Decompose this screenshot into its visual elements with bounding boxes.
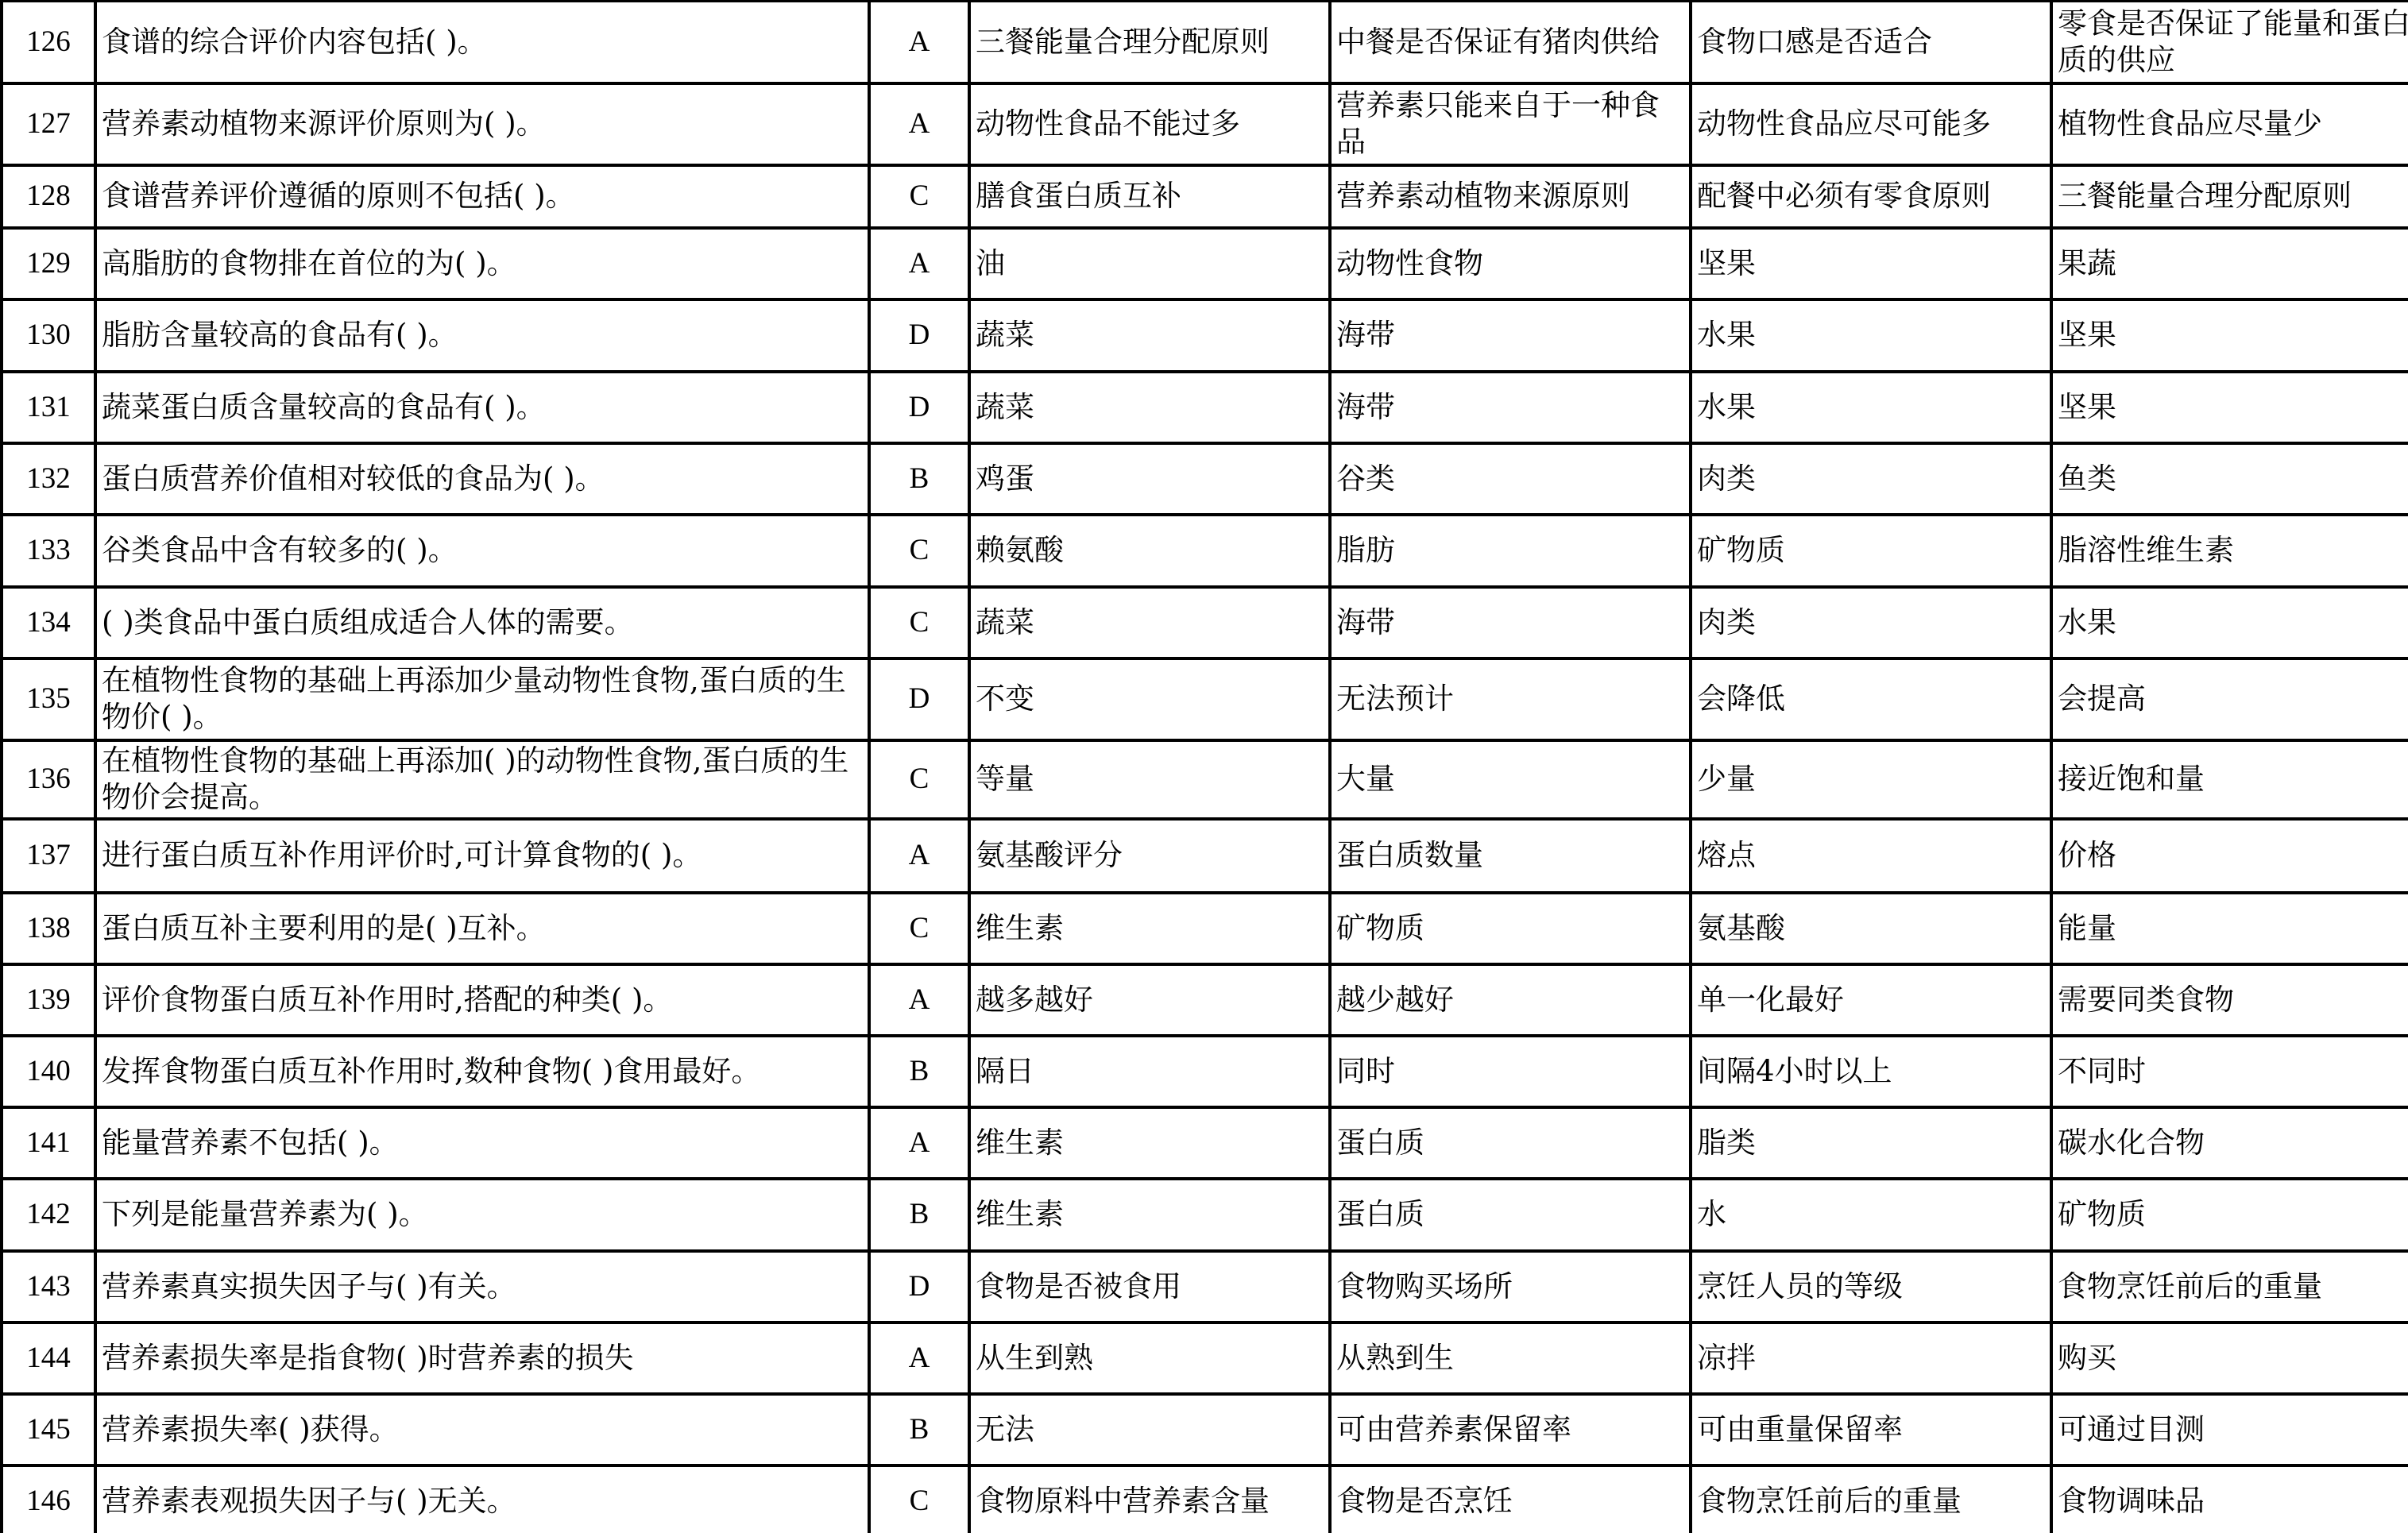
answer-letter: A xyxy=(909,1342,930,1374)
option-b-cell[interactable]: 同时 xyxy=(1330,1036,1691,1107)
option-b-text: 同时 xyxy=(1336,1054,1395,1088)
option-a-text: 鸡蛋 xyxy=(976,461,1034,496)
answer-cell[interactable]: C xyxy=(869,515,969,587)
question-number: 131 xyxy=(26,391,71,423)
option-c-text: 肉类 xyxy=(1697,461,1756,496)
option-d-text: 接近饱和量 xyxy=(2058,762,2205,796)
option-c-text: 食物烹饪前后的重量 xyxy=(1697,1484,1962,1518)
option-d-text: 植物性食品应尽量少 xyxy=(2058,106,2322,141)
table-row: 137 进行蛋白质互补作用评价时,可计算食物的( )。 A 氨基酸评分 蛋白质数… xyxy=(2,819,2408,893)
answer-letter: A xyxy=(909,839,930,871)
question-number-cell[interactable]: 145 xyxy=(2,1394,95,1465)
option-d-cell[interactable]: 食物调味品 xyxy=(2051,1465,2408,1533)
table-row: 140 发挥食物蛋白质互补作用时,数种食物( )食用最好。 B 隔日 同时 间隔… xyxy=(2,1036,2408,1107)
answer-cell[interactable]: A xyxy=(869,1323,969,1394)
option-d-cell[interactable]: 鱼类 xyxy=(2051,443,2408,515)
option-c-text: 水果 xyxy=(1697,390,1756,424)
table-row: 134 ( )类食品中蛋白质组成适合人体的需要。 C 蔬菜 海带 肉类 水果 xyxy=(2,587,2408,658)
answer-letter: A xyxy=(909,983,930,1016)
option-a-text: 食物原料中营养素含量 xyxy=(976,1484,1270,1518)
option-d-cell[interactable]: 价格 xyxy=(2051,819,2408,893)
question-text-cell[interactable]: 在植物性食物的基础上再添加少量动物性食物,蛋白质的生物价( )。 xyxy=(95,658,869,740)
option-a-cell[interactable]: 赖氨酸 xyxy=(969,515,1330,587)
question-number: 140 xyxy=(26,1055,71,1087)
table-row: 136 在植物性食物的基础上再添加( )的动物性食物,蛋白质的生物价会提高。 C… xyxy=(2,740,2408,819)
option-a-cell[interactable]: 等量 xyxy=(969,740,1330,819)
question-text-cell[interactable]: 能量营养素不包括( )。 xyxy=(95,1107,869,1179)
option-b-text: 大量 xyxy=(1336,762,1395,796)
table-row: 139 评价食物蛋白质互补作用时,搭配的种类( )。 A 越多越好 越少越好 单… xyxy=(2,964,2408,1036)
option-d-text: 需要同类食物 xyxy=(2058,983,2234,1017)
option-d-cell[interactable]: 果蔬 xyxy=(2051,228,2408,299)
option-b-text: 矿物质 xyxy=(1336,911,1424,945)
question-text-cell[interactable]: 谷类食品中含有较多的( )。 xyxy=(95,515,869,587)
table-row: 131 蔬菜蛋白质含量较高的食品有( )。 D 蔬菜 海带 水果 坚果 xyxy=(2,372,2408,443)
option-c-cell[interactable]: 肉类 xyxy=(1691,443,2051,515)
option-c-text: 少量 xyxy=(1697,762,1756,796)
question-text-cell[interactable]: 下列是能量营养素为( )。 xyxy=(95,1179,869,1251)
table-row: 132 蛋白质营养价值相对较低的食品为( )。 B 鸡蛋 谷类 肉类 鱼类 xyxy=(2,443,2408,515)
answer-letter: A xyxy=(909,247,930,280)
question-text-cell[interactable]: 发挥食物蛋白质互补作用时,数种食物( )食用最好。 xyxy=(95,1036,869,1107)
question-text-cell[interactable]: 蛋白质互补主要利用的是( )互补。 xyxy=(95,893,869,964)
option-a-text: 维生素 xyxy=(976,911,1064,945)
option-c-cell[interactable]: 食物烹饪前后的重量 xyxy=(1691,1465,2051,1533)
option-b-cell[interactable]: 蛋白质数量 xyxy=(1330,819,1691,893)
option-b-text: 无法预计 xyxy=(1336,682,1454,716)
option-c-cell[interactable]: 熔点 xyxy=(1691,819,2051,893)
option-a-cell[interactable]: 食物原料中营养素含量 xyxy=(969,1465,1330,1533)
option-a-text: 氨基酸评分 xyxy=(976,838,1123,872)
option-a-cell[interactable]: 维生素 xyxy=(969,893,1330,964)
question-number-cell[interactable]: 133 xyxy=(2,515,95,587)
table-row: 141 能量营养素不包括( )。 A 维生素 蛋白质 脂类 碳水化合物 xyxy=(2,1107,2408,1179)
option-c-text: 矿物质 xyxy=(1697,533,1785,567)
option-b-cell[interactable]: 食物是否烹饪 xyxy=(1330,1465,1691,1533)
option-a-text: 动物性食品不能过多 xyxy=(976,106,1240,141)
option-b-text: 蛋白质 xyxy=(1336,1197,1424,1231)
option-b-cell[interactable]: 矿物质 xyxy=(1330,893,1691,964)
answer-cell[interactable]: B xyxy=(869,1179,969,1251)
question-number-cell[interactable]: 129 xyxy=(2,228,95,299)
question-text-cell[interactable]: 营养素损失率是指食物( )时营养素的损失 xyxy=(95,1323,869,1394)
question-number: 134 xyxy=(26,606,71,639)
answer-cell[interactable]: A xyxy=(869,964,969,1036)
option-c-cell[interactable]: 可由重量保留率 xyxy=(1691,1394,2051,1465)
option-a-text: 蔬菜 xyxy=(976,390,1034,424)
option-a-text: 赖氨酸 xyxy=(976,533,1064,567)
option-d-text: 碳水化合物 xyxy=(2058,1126,2205,1160)
question-text: 营养素损失率是指食物( )时营养素的损失 xyxy=(102,1341,634,1375)
option-a-cell[interactable]: 氨基酸评分 xyxy=(969,819,1330,893)
option-c-cell[interactable]: 水果 xyxy=(1691,299,2051,372)
table-row: 126 食谱的综合评价内容包括( )。 A 三餐能量合理分配原则 中餐是否保证有… xyxy=(2,2,2408,83)
answer-cell[interactable]: A xyxy=(869,83,969,165)
question-text-cell[interactable]: 在植物性食物的基础上再添加( )的动物性食物,蛋白质的生物价会提高。 xyxy=(95,740,869,819)
answer-cell[interactable]: C xyxy=(869,893,969,964)
table-row: 145 营养素损失率( )获得。 B 无法 可由营养素保留率 可由重量保留率 可… xyxy=(2,1394,2408,1465)
question-number-cell[interactable]: 130 xyxy=(2,299,95,372)
question-number-cell[interactable]: 136 xyxy=(2,740,95,819)
answer-letter: B xyxy=(910,462,930,495)
question-text: ( )类食品中蛋白质组成适合人体的需要。 xyxy=(102,605,634,639)
table-row: 142 下列是能量营养素为( )。 B 维生素 蛋白质 水 矿物质 xyxy=(2,1179,2408,1251)
option-b-text: 海带 xyxy=(1336,390,1395,424)
option-c-cell[interactable]: 少量 xyxy=(1691,740,2051,819)
question-text: 营养素真实损失因子与( )有关。 xyxy=(102,1269,516,1303)
answer-letter: A xyxy=(909,1126,930,1159)
answer-cell[interactable]: B xyxy=(869,443,969,515)
question-number-cell[interactable]: 135 xyxy=(2,658,95,740)
option-c-cell[interactable]: 动物性食品应尽可能多 xyxy=(1691,83,2051,165)
option-b-text: 谷类 xyxy=(1336,461,1395,496)
question-number-cell[interactable]: 132 xyxy=(2,443,95,515)
question-text-cell[interactable]: 评价食物蛋白质互补作用时,搭配的种类( )。 xyxy=(95,964,869,1036)
option-b-cell[interactable]: 谷类 xyxy=(1330,443,1691,515)
answer-letter: C xyxy=(910,763,930,795)
option-b-cell[interactable]: 食物购买场所 xyxy=(1330,1251,1691,1323)
question-number: 137 xyxy=(26,839,71,871)
table-row: 138 蛋白质互补主要利用的是( )互补。 C 维生素 矿物质 氨基酸 能量 xyxy=(2,893,2408,964)
option-c-cell[interactable]: 间隔4小时以上 xyxy=(1691,1036,2051,1107)
option-a-cell[interactable]: 鸡蛋 xyxy=(969,443,1330,515)
question-text: 高脂肪的食物排在首位的为( )。 xyxy=(102,246,516,280)
question-text-cell[interactable]: 蛋白质营养价值相对较低的食品为( )。 xyxy=(95,443,869,515)
question-number: 145 xyxy=(26,1413,71,1446)
option-d-cell[interactable]: 植物性食品应尽量少 xyxy=(2051,83,2408,165)
option-b-cell[interactable]: 蛋白质 xyxy=(1330,1179,1691,1251)
question-text-cell[interactable]: 营养素表观损失因子与( )无关。 xyxy=(95,1465,869,1533)
question-number: 129 xyxy=(26,247,71,280)
answer-cell[interactable]: C xyxy=(869,1465,969,1533)
answer-letter: A xyxy=(909,107,930,140)
answer-cell[interactable]: A xyxy=(869,1107,969,1179)
option-c-text: 氨基酸 xyxy=(1697,911,1785,945)
question-number-cell[interactable]: 143 xyxy=(2,1251,95,1323)
question-number-cell[interactable]: 128 xyxy=(2,165,95,228)
option-a-cell[interactable]: 蔬菜 xyxy=(969,299,1330,372)
question-text-cell[interactable]: 营养素真实损失因子与( )有关。 xyxy=(95,1251,869,1323)
option-c-cell[interactable]: 肉类 xyxy=(1691,587,2051,658)
option-b-text: 食物购买场所 xyxy=(1336,1269,1513,1303)
option-a-text: 蔬菜 xyxy=(976,605,1034,639)
question-text: 谷类食品中含有较多的( )。 xyxy=(102,533,458,567)
option-c-text: 熔点 xyxy=(1697,838,1756,872)
table-row: 129 高脂肪的食物排在首位的为( )。 A 油 动物性食物 坚果 果蔬 xyxy=(2,228,2408,299)
answer-letter: D xyxy=(909,391,930,423)
option-a-text: 食物是否被食用 xyxy=(976,1269,1181,1303)
option-c-text: 间隔4小时以上 xyxy=(1697,1054,1892,1088)
table-row: 146 营养素表观损失因子与( )无关。 C 食物原料中营养素含量 食物是否烹饪… xyxy=(2,1465,2408,1533)
question-number: 136 xyxy=(26,763,71,795)
option-d-cell[interactable]: 接近饱和量 xyxy=(2051,740,2408,819)
question-text: 能量营养素不包括( )。 xyxy=(102,1126,399,1160)
question-number-cell[interactable]: 139 xyxy=(2,964,95,1036)
option-d-text: 果蔬 xyxy=(2058,246,2116,280)
question-number-cell[interactable]: 134 xyxy=(2,587,95,658)
answer-letter: D xyxy=(909,682,930,715)
option-b-cell[interactable]: 大量 xyxy=(1330,740,1691,819)
answer-cell[interactable]: D xyxy=(869,299,969,372)
option-c-text: 配餐中必须有零食原则 xyxy=(1697,179,1991,213)
option-d-cell[interactable]: 矿物质 xyxy=(2051,1179,2408,1251)
option-a-cell[interactable]: 隔日 xyxy=(969,1036,1330,1107)
option-d-text: 矿物质 xyxy=(2058,1197,2146,1231)
option-a-cell[interactable]: 膳食蛋白质互补 xyxy=(969,165,1330,228)
question-number: 138 xyxy=(26,912,71,944)
table-row: 130 脂肪含量较高的食品有( )。 D 蔬菜 海带 水果 坚果 xyxy=(2,299,2408,372)
option-b-text: 食物是否烹饪 xyxy=(1336,1484,1513,1518)
option-d-cell[interactable]: 会提高 xyxy=(2051,658,2408,740)
option-b-text: 从熟到生 xyxy=(1336,1341,1454,1375)
question-text: 食谱的综合评价内容包括( )。 xyxy=(102,25,487,59)
option-a-text: 无法 xyxy=(976,1412,1034,1446)
question-number: 126 xyxy=(26,25,71,58)
option-b-cell[interactable]: 中餐是否保证有猪肉供给 xyxy=(1330,2,1691,83)
answer-cell[interactable]: A xyxy=(869,819,969,893)
option-d-cell[interactable]: 需要同类食物 xyxy=(2051,964,2408,1036)
question-number: 144 xyxy=(26,1342,71,1374)
question-number-cell[interactable]: 127 xyxy=(2,83,95,165)
question-text-cell[interactable]: 高脂肪的食物排在首位的为( )。 xyxy=(95,228,869,299)
question-text: 进行蛋白质互补作用评价时,可计算食物的( )。 xyxy=(102,838,702,872)
option-b-cell[interactable]: 蛋白质 xyxy=(1330,1107,1691,1179)
question-number-cell[interactable]: 144 xyxy=(2,1323,95,1394)
option-a-cell[interactable]: 油 xyxy=(969,228,1330,299)
question-text: 蛋白质营养价值相对较低的食品为( )。 xyxy=(102,461,605,496)
table-row: 133 谷类食品中含有较多的( )。 C 赖氨酸 脂肪 矿物质 脂溶性维生素 xyxy=(2,515,2408,587)
option-c-cell[interactable]: 烹饪人员的等级 xyxy=(1691,1251,2051,1323)
option-d-text: 零食是否保证了能量和蛋白质的供应 xyxy=(2058,6,2408,77)
option-b-cell[interactable]: 营养素只能来自于一种食品 xyxy=(1330,83,1691,165)
option-a-text: 膳食蛋白质互补 xyxy=(976,179,1181,213)
option-a-text: 从生到熟 xyxy=(976,1341,1093,1375)
option-c-text: 动物性食品应尽可能多 xyxy=(1697,106,1991,141)
option-a-cell[interactable]: 不变 xyxy=(969,658,1330,740)
option-c-cell[interactable]: 凉拌 xyxy=(1691,1323,2051,1394)
option-c-cell[interactable]: 水果 xyxy=(1691,372,2051,443)
answer-letter: B xyxy=(910,1413,930,1446)
answer-letter: B xyxy=(910,1198,930,1230)
question-text: 营养素表观损失因子与( )无关。 xyxy=(102,1484,516,1518)
option-c-text: 食物口感是否适合 xyxy=(1697,25,1932,59)
question-text-cell[interactable]: 进行蛋白质互补作用评价时,可计算食物的( )。 xyxy=(95,819,869,893)
option-b-text: 脂肪 xyxy=(1336,533,1395,567)
option-b-cell[interactable]: 无法预计 xyxy=(1330,658,1691,740)
question-text-cell[interactable]: 脂肪含量较高的食品有( )。 xyxy=(95,299,869,372)
option-d-cell[interactable]: 可通过目测 xyxy=(2051,1394,2408,1465)
option-a-text: 隔日 xyxy=(976,1054,1034,1088)
option-c-cell[interactable]: 脂类 xyxy=(1691,1107,2051,1179)
option-a-cell[interactable]: 维生素 xyxy=(969,1179,1330,1251)
option-d-cell[interactable]: 坚果 xyxy=(2051,299,2408,372)
answer-cell[interactable]: A xyxy=(869,228,969,299)
option-d-text: 坚果 xyxy=(2058,318,2116,352)
option-d-text: 不同时 xyxy=(2058,1054,2146,1088)
question-number: 135 xyxy=(26,682,71,715)
answer-cell[interactable]: C xyxy=(869,587,969,658)
answer-cell[interactable]: B xyxy=(869,1394,969,1465)
answer-cell[interactable]: C xyxy=(869,740,969,819)
question-text: 在植物性食物的基础上再添加少量动物性食物,蛋白质的生物价( )。 xyxy=(102,663,846,734)
question-number-cell[interactable]: 141 xyxy=(2,1107,95,1179)
option-b-text: 中餐是否保证有猪肉供给 xyxy=(1336,25,1660,59)
option-a-cell[interactable]: 从生到熟 xyxy=(969,1323,1330,1394)
question-number: 146 xyxy=(26,1485,71,1517)
option-c-text: 水 xyxy=(1697,1197,1726,1231)
table-row: 135 在植物性食物的基础上再添加少量动物性食物,蛋白质的生物价( )。 D 不… xyxy=(2,658,2408,740)
question-number: 127 xyxy=(26,107,71,140)
option-c-text: 可由重量保留率 xyxy=(1697,1412,1903,1446)
answer-letter: C xyxy=(910,606,930,639)
option-a-cell[interactable]: 无法 xyxy=(969,1394,1330,1465)
option-a-text: 蔬菜 xyxy=(976,318,1034,352)
question-text: 评价食物蛋白质互补作用时,搭配的种类( )。 xyxy=(102,983,672,1017)
option-a-cell[interactable]: 动物性食品不能过多 xyxy=(969,83,1330,165)
option-b-text: 营养素只能来自于一种食品 xyxy=(1336,88,1660,159)
question-text-cell[interactable]: 食谱营养评价遵循的原则不包括( )。 xyxy=(95,165,869,228)
answer-cell[interactable]: C xyxy=(869,165,969,228)
question-number-cell[interactable]: 138 xyxy=(2,893,95,964)
option-b-cell[interactable]: 海带 xyxy=(1330,372,1691,443)
question-text: 蔬菜蛋白质含量较高的食品有( )。 xyxy=(102,390,546,424)
option-d-text: 会提高 xyxy=(2058,682,2146,716)
question-number-cell[interactable]: 137 xyxy=(2,819,95,893)
answer-cell[interactable]: D xyxy=(869,1251,969,1323)
option-a-cell[interactable]: 越多越好 xyxy=(969,964,1330,1036)
option-d-cell[interactable]: 购买 xyxy=(2051,1323,2408,1394)
option-b-cell[interactable]: 动物性食物 xyxy=(1330,228,1691,299)
question-number-cell[interactable]: 142 xyxy=(2,1179,95,1251)
option-a-text: 等量 xyxy=(976,762,1034,796)
table-row: 143 营养素真实损失因子与( )有关。 D 食物是否被食用 食物购买场所 烹饪… xyxy=(2,1251,2408,1323)
question-text-cell[interactable]: ( )类食品中蛋白质组成适合人体的需要。 xyxy=(95,587,869,658)
option-a-cell[interactable]: 三餐能量合理分配原则 xyxy=(969,2,1330,83)
option-c-cell[interactable]: 水 xyxy=(1691,1179,2051,1251)
table-row: 144 营养素损失率是指食物( )时营养素的损失 A 从生到熟 从熟到生 凉拌 … xyxy=(2,1323,2408,1394)
question-number: 141 xyxy=(26,1126,71,1159)
question-number: 143 xyxy=(26,1270,71,1303)
answer-cell[interactable]: D xyxy=(869,372,969,443)
question-table-body: 126 食谱的综合评价内容包括( )。 A 三餐能量合理分配原则 中餐是否保证有… xyxy=(2,2,2408,1533)
option-a-text: 不变 xyxy=(976,682,1034,716)
answer-letter: B xyxy=(910,1055,930,1087)
option-c-cell[interactable]: 会降低 xyxy=(1691,658,2051,740)
option-b-cell[interactable]: 从熟到生 xyxy=(1330,1323,1691,1394)
question-text-cell[interactable]: 营养素损失率( )获得。 xyxy=(95,1394,869,1465)
option-a-cell[interactable]: 维生素 xyxy=(969,1107,1330,1179)
question-number: 130 xyxy=(26,319,71,351)
option-a-text: 维生素 xyxy=(976,1126,1064,1160)
option-b-text: 越少越好 xyxy=(1336,983,1454,1017)
option-d-cell[interactable]: 零食是否保证了能量和蛋白质的供应 xyxy=(2051,2,2408,83)
option-d-cell[interactable]: 坚果 xyxy=(2051,372,2408,443)
option-c-text: 肉类 xyxy=(1697,605,1756,639)
question-number-cell[interactable]: 126 xyxy=(2,2,95,83)
table-row: 128 食谱营养评价遵循的原则不包括( )。 C 膳食蛋白质互补 营养素动植物来… xyxy=(2,165,2408,228)
option-d-cell[interactable]: 碳水化合物 xyxy=(2051,1107,2408,1179)
answer-letter: D xyxy=(909,319,930,351)
option-d-cell[interactable]: 脂溶性维生素 xyxy=(2051,515,2408,587)
option-d-text: 食物调味品 xyxy=(2058,1484,2205,1518)
option-c-text: 坚果 xyxy=(1697,246,1756,280)
question-text: 下列是能量营养素为( )。 xyxy=(102,1197,428,1231)
question-table: 126 食谱的综合评价内容包括( )。 A 三餐能量合理分配原则 中餐是否保证有… xyxy=(0,0,2408,1533)
option-b-cell[interactable]: 脂肪 xyxy=(1330,515,1691,587)
option-b-text: 营养素动植物来源原则 xyxy=(1336,179,1630,213)
option-a-cell[interactable]: 蔬菜 xyxy=(969,372,1330,443)
option-c-text: 凉拌 xyxy=(1697,1341,1756,1375)
option-d-cell[interactable]: 水果 xyxy=(2051,587,2408,658)
option-b-text: 可由营养素保留率 xyxy=(1336,1412,1571,1446)
question-text-cell[interactable]: 蔬菜蛋白质含量较高的食品有( )。 xyxy=(95,372,869,443)
option-c-cell[interactable]: 矿物质 xyxy=(1691,515,2051,587)
option-c-cell[interactable]: 食物口感是否适合 xyxy=(1691,2,2051,83)
option-c-text: 脂类 xyxy=(1697,1126,1756,1160)
option-d-cell[interactable]: 食物烹饪前后的重量 xyxy=(2051,1251,2408,1323)
option-a-cell[interactable]: 蔬菜 xyxy=(969,587,1330,658)
answer-cell[interactable]: A xyxy=(869,2,969,83)
question-text: 营养素损失率( )获得。 xyxy=(102,1412,399,1446)
option-d-text: 三餐能量合理分配原则 xyxy=(2058,179,2352,213)
option-b-cell[interactable]: 海带 xyxy=(1330,299,1691,372)
option-c-cell[interactable]: 单一化最好 xyxy=(1691,964,2051,1036)
question-number-cell[interactable]: 146 xyxy=(2,1465,95,1533)
option-c-cell[interactable]: 坚果 xyxy=(1691,228,2051,299)
question-text: 营养素动植物来源评价原则为( )。 xyxy=(102,106,546,141)
question-text: 发挥食物蛋白质互补作用时,数种食物( )食用最好。 xyxy=(102,1054,760,1088)
option-d-cell[interactable]: 能量 xyxy=(2051,893,2408,964)
option-a-cell[interactable]: 食物是否被食用 xyxy=(969,1251,1330,1323)
question-number-cell[interactable]: 140 xyxy=(2,1036,95,1107)
answer-letter: D xyxy=(909,1270,930,1303)
option-d-text: 水果 xyxy=(2058,605,2116,639)
option-c-text: 会降低 xyxy=(1697,682,1785,716)
option-b-cell[interactable]: 海带 xyxy=(1330,587,1691,658)
question-text: 脂肪含量较高的食品有( )。 xyxy=(102,318,458,352)
answer-cell[interactable]: B xyxy=(869,1036,969,1107)
question-number: 132 xyxy=(26,462,71,495)
option-d-text: 脂溶性维生素 xyxy=(2058,533,2234,567)
option-b-cell[interactable]: 越少越好 xyxy=(1330,964,1691,1036)
answer-letter: C xyxy=(910,1485,930,1517)
option-d-text: 购买 xyxy=(2058,1341,2116,1375)
option-b-text: 蛋白质 xyxy=(1336,1126,1424,1160)
option-c-text: 单一化最好 xyxy=(1697,983,1844,1017)
option-b-text: 海带 xyxy=(1336,318,1395,352)
answer-cell[interactable]: D xyxy=(869,658,969,740)
option-b-cell[interactable]: 可由营养素保留率 xyxy=(1330,1394,1691,1465)
question-sheet: 126 食谱的综合评价内容包括( )。 A 三餐能量合理分配原则 中餐是否保证有… xyxy=(0,0,2408,1533)
option-a-text: 油 xyxy=(976,246,1005,280)
option-c-cell[interactable]: 氨基酸 xyxy=(1691,893,2051,964)
table-row: 127 营养素动植物来源评价原则为( )。 A 动物性食品不能过多 营养素只能来… xyxy=(2,83,2408,165)
option-d-text: 能量 xyxy=(2058,911,2116,945)
option-d-text: 价格 xyxy=(2058,838,2116,872)
question-text-cell[interactable]: 食谱的综合评价内容包括( )。 xyxy=(95,2,869,83)
option-c-cell[interactable]: 配餐中必须有零食原则 xyxy=(1691,165,2051,228)
question-text-cell[interactable]: 营养素动植物来源评价原则为( )。 xyxy=(95,83,869,165)
answer-letter: A xyxy=(909,25,930,58)
option-d-cell[interactable]: 三餐能量合理分配原则 xyxy=(2051,165,2408,228)
question-number-cell[interactable]: 131 xyxy=(2,372,95,443)
option-b-cell[interactable]: 营养素动植物来源原则 xyxy=(1330,165,1691,228)
option-b-text: 海带 xyxy=(1336,605,1395,639)
question-number: 142 xyxy=(26,1198,71,1230)
answer-letter: C xyxy=(910,912,930,944)
option-b-text: 动物性食物 xyxy=(1336,246,1483,280)
option-d-cell[interactable]: 不同时 xyxy=(2051,1036,2408,1107)
